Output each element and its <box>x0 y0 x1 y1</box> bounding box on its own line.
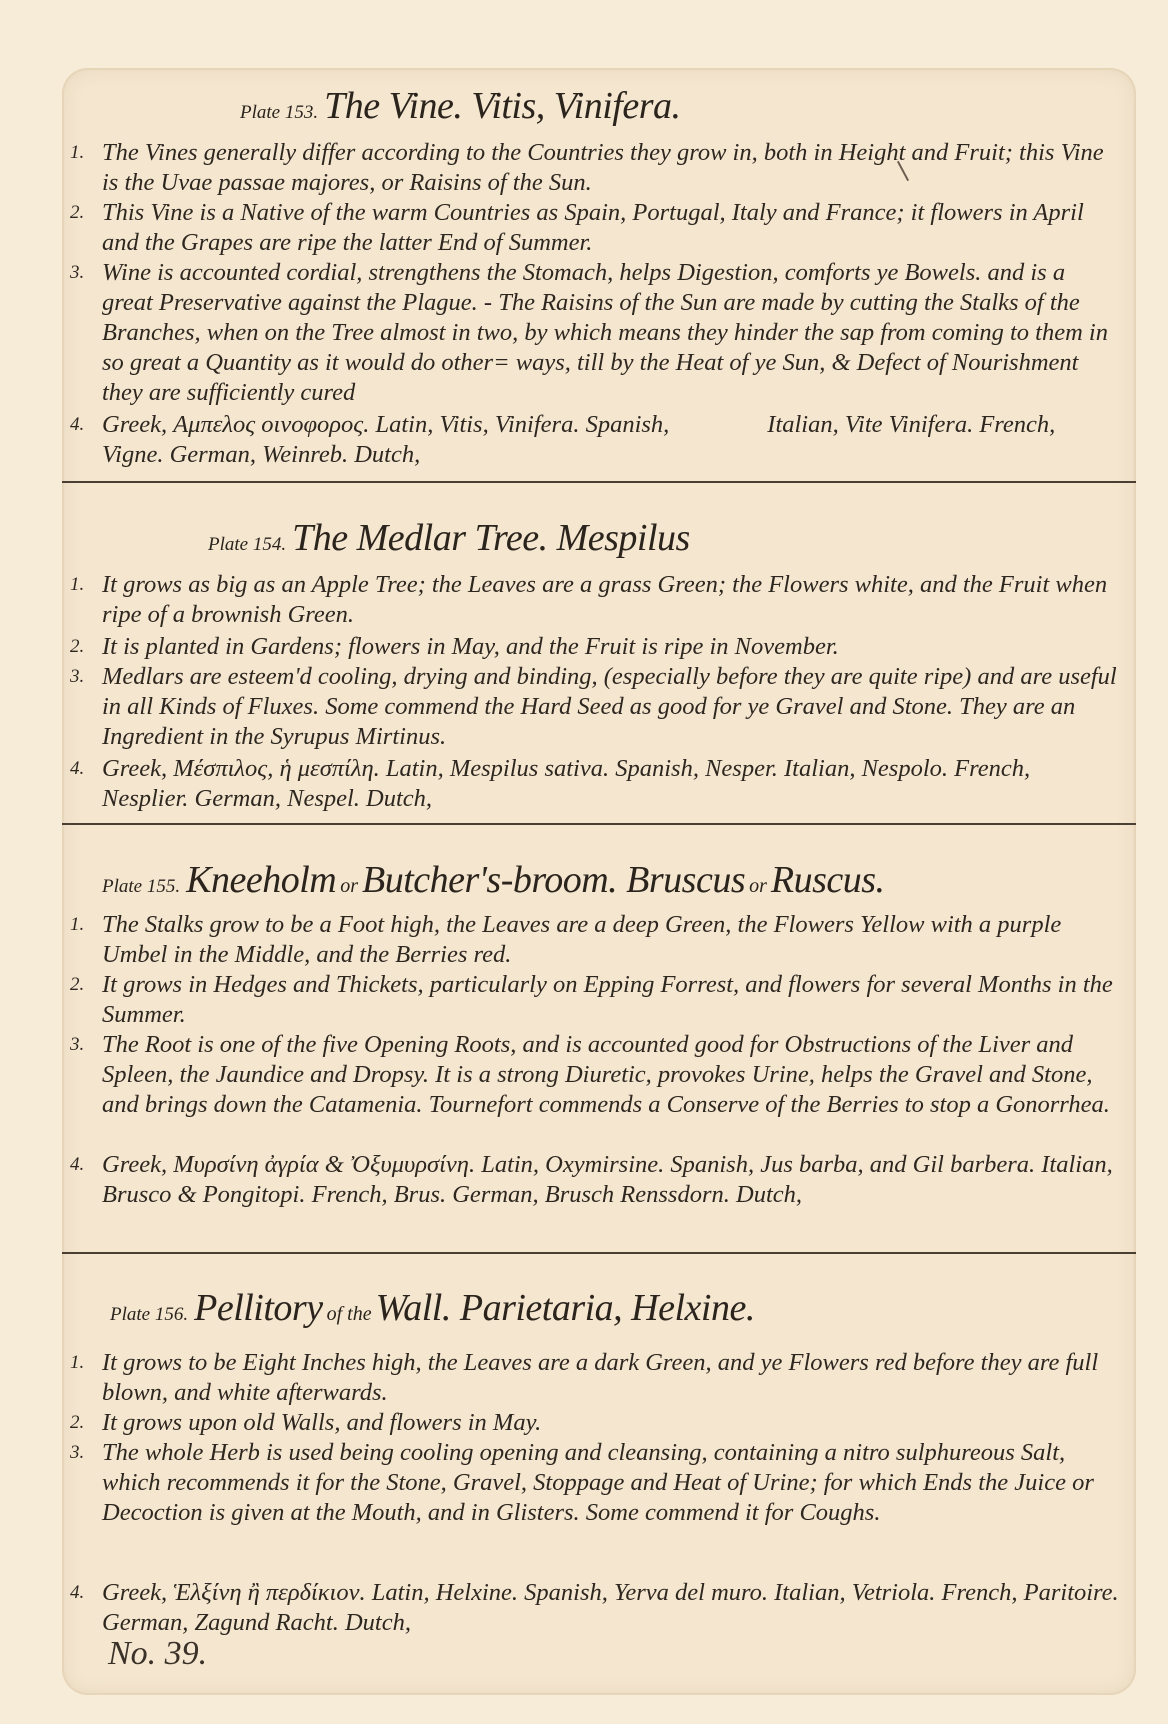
item-text: It grows in Hedges and Thickets, particu… <box>102 970 1120 1030</box>
item-text: Greek, Μυρσίνη ἀγρία & Ὀξυμυρσίνη. Latin… <box>102 1150 1120 1210</box>
item-number: 2. <box>70 198 84 228</box>
list-item: 1. It grows as big as an Apple Tree; the… <box>70 570 1120 630</box>
item-number: 2. <box>70 1408 84 1438</box>
list-item: 4. Greek, Αμπελος οινοφορος. Latin, Viti… <box>70 410 1120 470</box>
sheet-number: No. 39. <box>108 1635 207 1673</box>
item-number: 4. <box>70 1150 84 1180</box>
plate-number: Plate 155. <box>102 876 180 897</box>
item-text: It grows upon old Walls, and flowers in … <box>102 1408 1120 1438</box>
engraved-plate: Plate 153.The Vine. Vitis, Vinifera. 1. … <box>62 68 1136 1695</box>
plate-156-heading: Plate 156.Pellitoryof theWall. Parietari… <box>110 1286 755 1330</box>
list-item: 2. It grows upon old Walls, and flowers … <box>70 1408 1120 1438</box>
plate-title: The Vine. Vitis, Vinifera. <box>324 85 680 127</box>
item-text: The Vines generally differ according to … <box>102 138 1120 198</box>
item-text: The whole Herb is used being cooling ope… <box>102 1438 1120 1528</box>
list-item: 2. This Vine is a Native of the warm Cou… <box>70 198 1120 258</box>
list-item: 1. The Stalks grow to be a Foot high, th… <box>70 910 1120 970</box>
list-item: 4. Greek, Μέσπιλος, ἡ μεσπίλη. Latin, Me… <box>70 754 1120 814</box>
list-item: 3. The Root is one of the five Opening R… <box>70 1030 1120 1120</box>
section-divider <box>62 1252 1136 1254</box>
plate-title-connector: of the <box>327 1303 372 1325</box>
item-text: Greek, Μέσπιλος, ἡ μεσπίλη. Latin, Mespi… <box>102 754 1120 814</box>
list-item: 1. The Vines generally differ according … <box>70 138 1120 198</box>
item-number: 4. <box>70 410 84 440</box>
list-item: 4. Greek, Μυρσίνη ἀγρία & Ὀξυμυρσίνη. La… <box>70 1150 1120 1210</box>
item-number: 3. <box>70 1030 84 1060</box>
item-text: It grows to be Eight Inches high, the Le… <box>102 1348 1120 1408</box>
plate-title-part: Ruscus. <box>771 859 885 901</box>
item-text: Greek, Αμπελος οινοφορος. Latin, Vitis, … <box>102 410 1120 470</box>
plate-title: The Medlar Tree. Mespilus <box>292 517 690 559</box>
item-number: 3. <box>70 662 84 692</box>
plate-number: Plate 154. <box>208 534 286 555</box>
item-number: 2. <box>70 970 84 1000</box>
plate-155-heading: Plate 155.KneeholmorButcher's-broom. Bru… <box>102 858 885 902</box>
item-number: 1. <box>70 910 84 940</box>
plate-number: Plate 153. <box>240 102 318 123</box>
item-text: The Root is one of the five Opening Root… <box>102 1030 1120 1120</box>
item-number: 3. <box>70 1438 84 1468</box>
item-text: It is planted in Gardens; flowers in May… <box>102 632 1120 662</box>
item-number: 1. <box>70 138 84 168</box>
item-number: 4. <box>70 754 84 784</box>
plate-154-heading: Plate 154.The Medlar Tree. Mespilus <box>208 516 690 560</box>
list-item: 3. The whole Herb is used being cooling … <box>70 1438 1120 1528</box>
item-text: Greek, Ἑλξίνη ἢ περδίκιον. Latin, Helxin… <box>102 1578 1120 1638</box>
plate-title-connector: or <box>749 875 767 897</box>
item-number: 1. <box>70 570 84 600</box>
item-text: This Vine is a Native of the warm Countr… <box>102 198 1120 258</box>
section-divider <box>62 823 1136 825</box>
list-item: 2. It is planted in Gardens; flowers in … <box>70 632 1120 662</box>
list-item: 4. Greek, Ἑλξίνη ἢ περδίκιον. Latin, Hel… <box>70 1578 1120 1638</box>
item-number: 3. <box>70 258 84 288</box>
plate-153-heading: Plate 153.The Vine. Vitis, Vinifera. <box>240 84 681 128</box>
item-text: Wine is accounted cordial, strengthens t… <box>102 258 1120 408</box>
list-item: 2. It grows in Hedges and Thickets, part… <box>70 970 1120 1030</box>
plate-title-part: Wall. Parietaria, Helxine. <box>376 1287 755 1329</box>
list-item: 1. It grows to be Eight Inches high, the… <box>70 1348 1120 1408</box>
plate-number: Plate 156. <box>110 1304 188 1325</box>
list-item: 3. Wine is accounted cordial, strengthen… <box>70 258 1120 408</box>
item-text: It grows as big as an Apple Tree; the Le… <box>102 570 1120 630</box>
section-divider <box>62 481 1136 483</box>
item-number: 2. <box>70 632 84 662</box>
plate-title-part: Kneeholm <box>186 859 336 901</box>
item-text: Medlars are esteem'd cooling, drying and… <box>102 662 1120 752</box>
plate-title-connector: or <box>340 875 358 897</box>
plate-title-part: Pellitory <box>194 1287 322 1329</box>
item-number: 1. <box>70 1348 84 1378</box>
list-item: 3. Medlars are esteem'd cooling, drying … <box>70 662 1120 752</box>
item-text: The Stalks grow to be a Foot high, the L… <box>102 910 1120 970</box>
item-number: 4. <box>70 1578 84 1608</box>
plate-title-part: Butcher's-broom. Bruscus <box>362 859 745 901</box>
